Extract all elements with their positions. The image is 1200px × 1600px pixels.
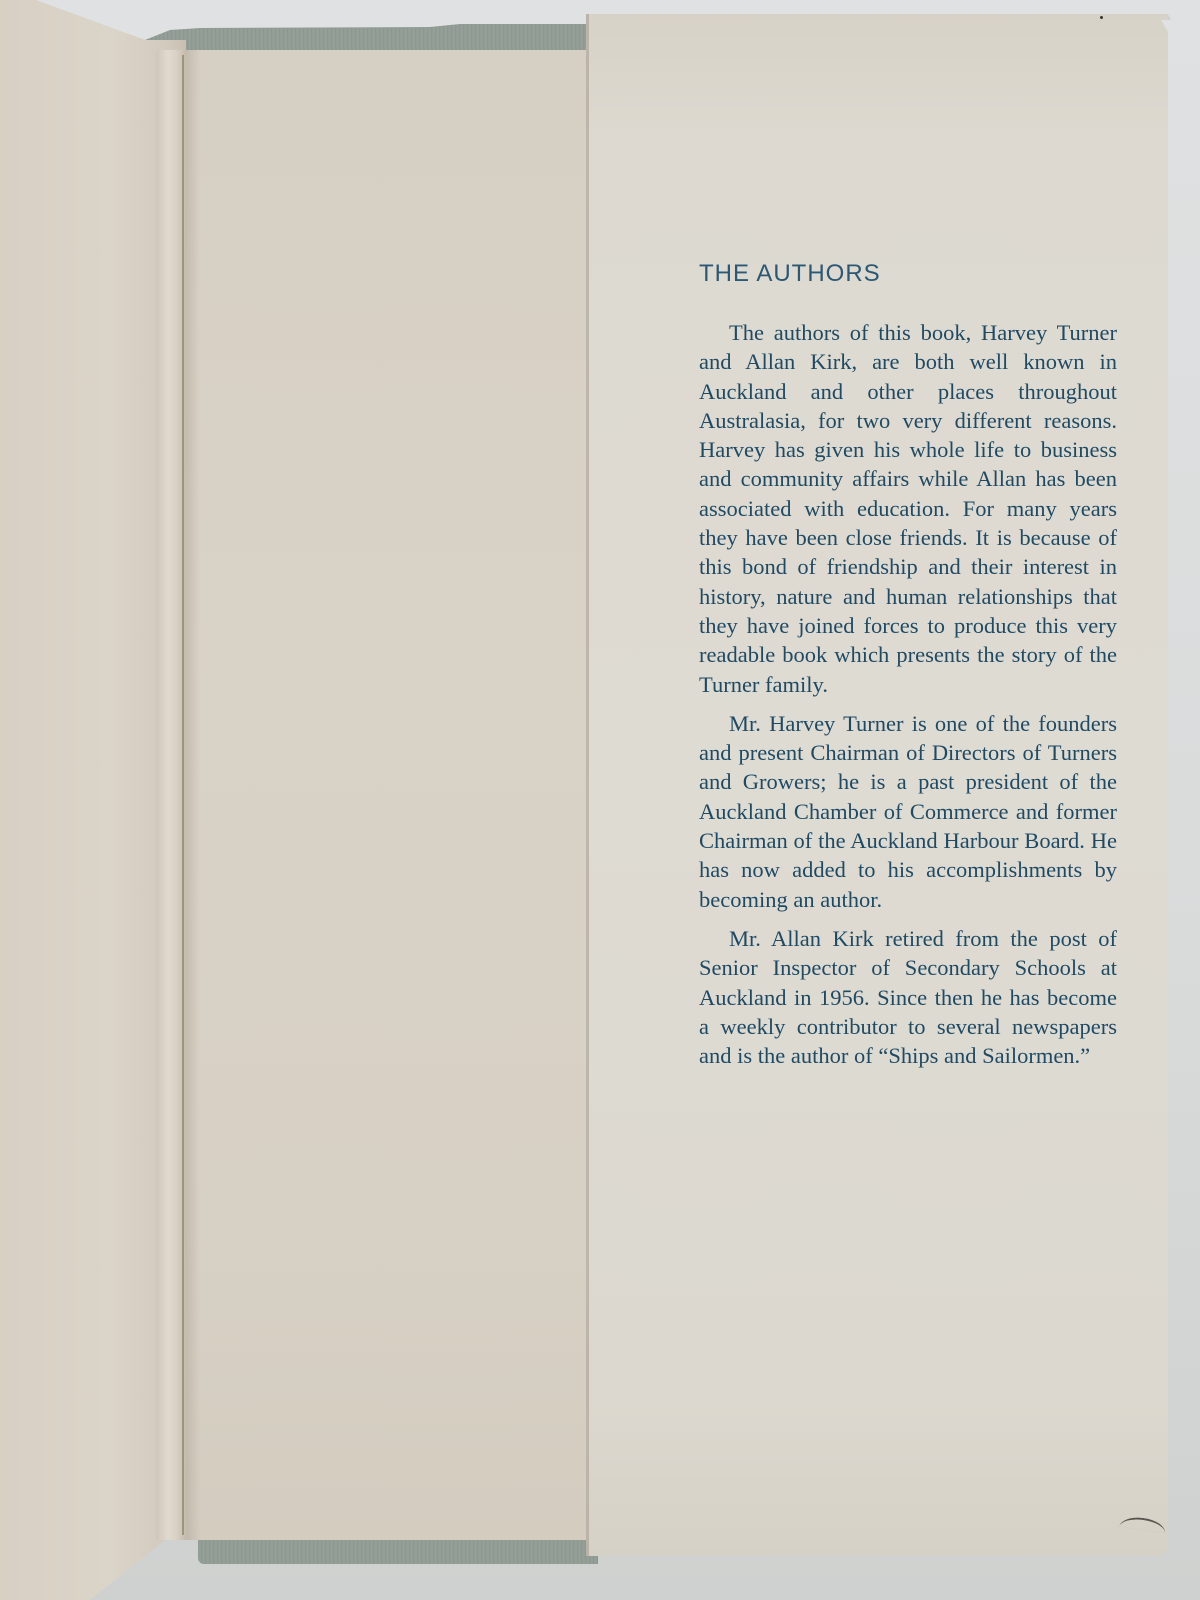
flap-title: THE AUTHORS <box>699 260 1117 288</box>
gutter-line <box>182 55 184 1535</box>
cloth-binding-top <box>140 24 596 52</box>
gutter-shadow <box>186 50 200 1540</box>
paragraph-intro: The authors of this book, Harvey Turner … <box>699 318 1117 699</box>
cloth-binding-bottom <box>198 1540 598 1564</box>
flap-edge-shadow <box>586 14 589 1556</box>
endpaper <box>186 50 596 1540</box>
paper-speck <box>1100 16 1103 19</box>
flap-text-block: THE AUTHORS The authors of this book, Ha… <box>699 260 1117 1080</box>
paragraph-harvey-turner: Mr. Harvey Turner is one of the founders… <box>699 709 1117 914</box>
paragraph-allan-kirk: Mr. Allan Kirk retired from the post of … <box>699 924 1117 1070</box>
